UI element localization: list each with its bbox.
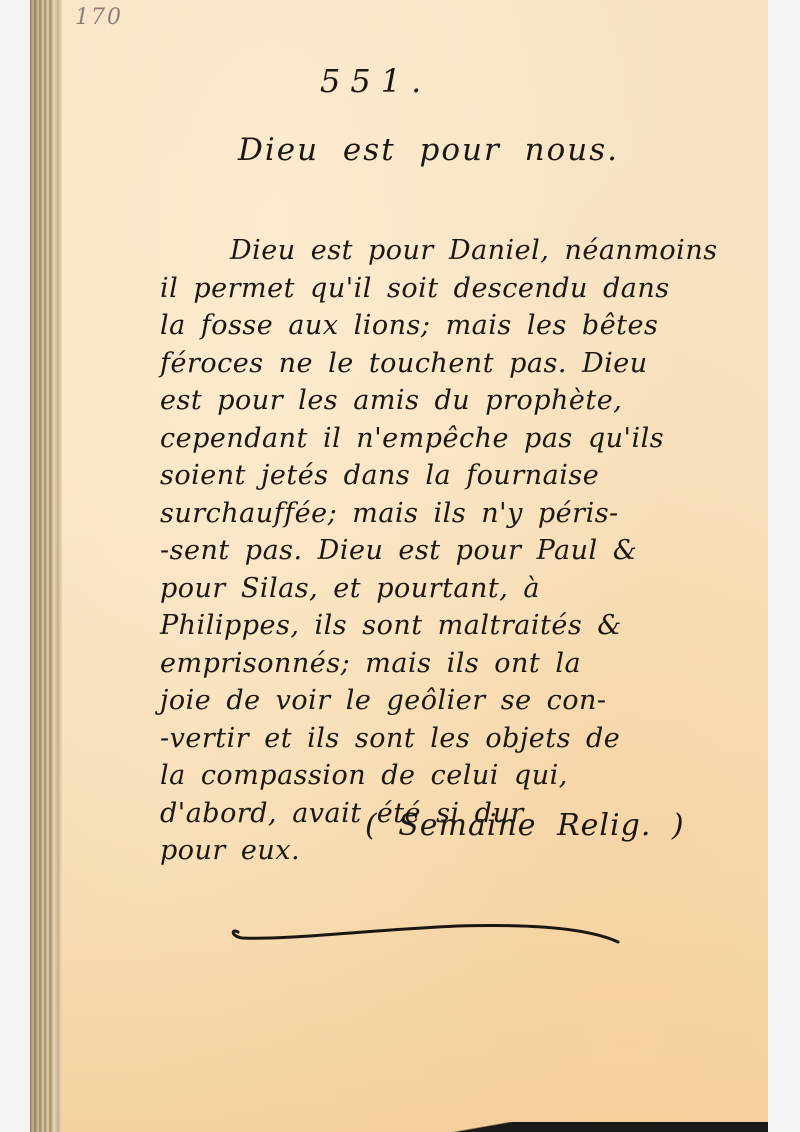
pencil-page-number: 170 (75, 5, 123, 30)
body-line: surchauffée; mais ils n'y péris- (160, 495, 770, 533)
source-attribution: ( Semaine Relig. ) (365, 808, 685, 843)
body-line: -sent pas. Dieu est pour Paul & (160, 532, 770, 570)
body-line: Philippes, ils sont maltraités & (160, 607, 770, 645)
book-page-edges (30, 0, 62, 1132)
body-line: féroces ne le touchent pas. Dieu (160, 345, 770, 383)
body-line: la compassion de celui qui, (160, 757, 770, 795)
body-line: pour Silas, et pourtant, à (160, 570, 770, 608)
document-viewer: 170 551. Dieu est pour nous. Dieu est po… (0, 0, 800, 1132)
body-line: emprisonnés; mais ils ont la (160, 645, 770, 683)
body-line: cependant il n'empêche pas qu'ils (160, 420, 770, 458)
entry-number: 551. (320, 62, 431, 100)
body-line: il permet qu'il soit descendu dans (160, 270, 770, 308)
page-bottom-shadow (30, 1122, 768, 1132)
body-line: la fosse aux lions; mais les bêtes (160, 307, 770, 345)
body-line: joie de voir le geôlier se con- (160, 682, 770, 720)
body-line: est pour les amis du prophète, (160, 382, 770, 420)
body-text: Dieu est pour Daniel, néanmoins il perme… (160, 232, 770, 870)
page-title: Dieu est pour nous. (238, 132, 619, 168)
decorative-flourish-line (228, 920, 628, 950)
body-line: Dieu est pour Daniel, néanmoins (160, 232, 770, 270)
body-line: -vertir et ils sont les objets de (160, 720, 770, 758)
body-line: soient jetés dans la fournaise (160, 457, 770, 495)
